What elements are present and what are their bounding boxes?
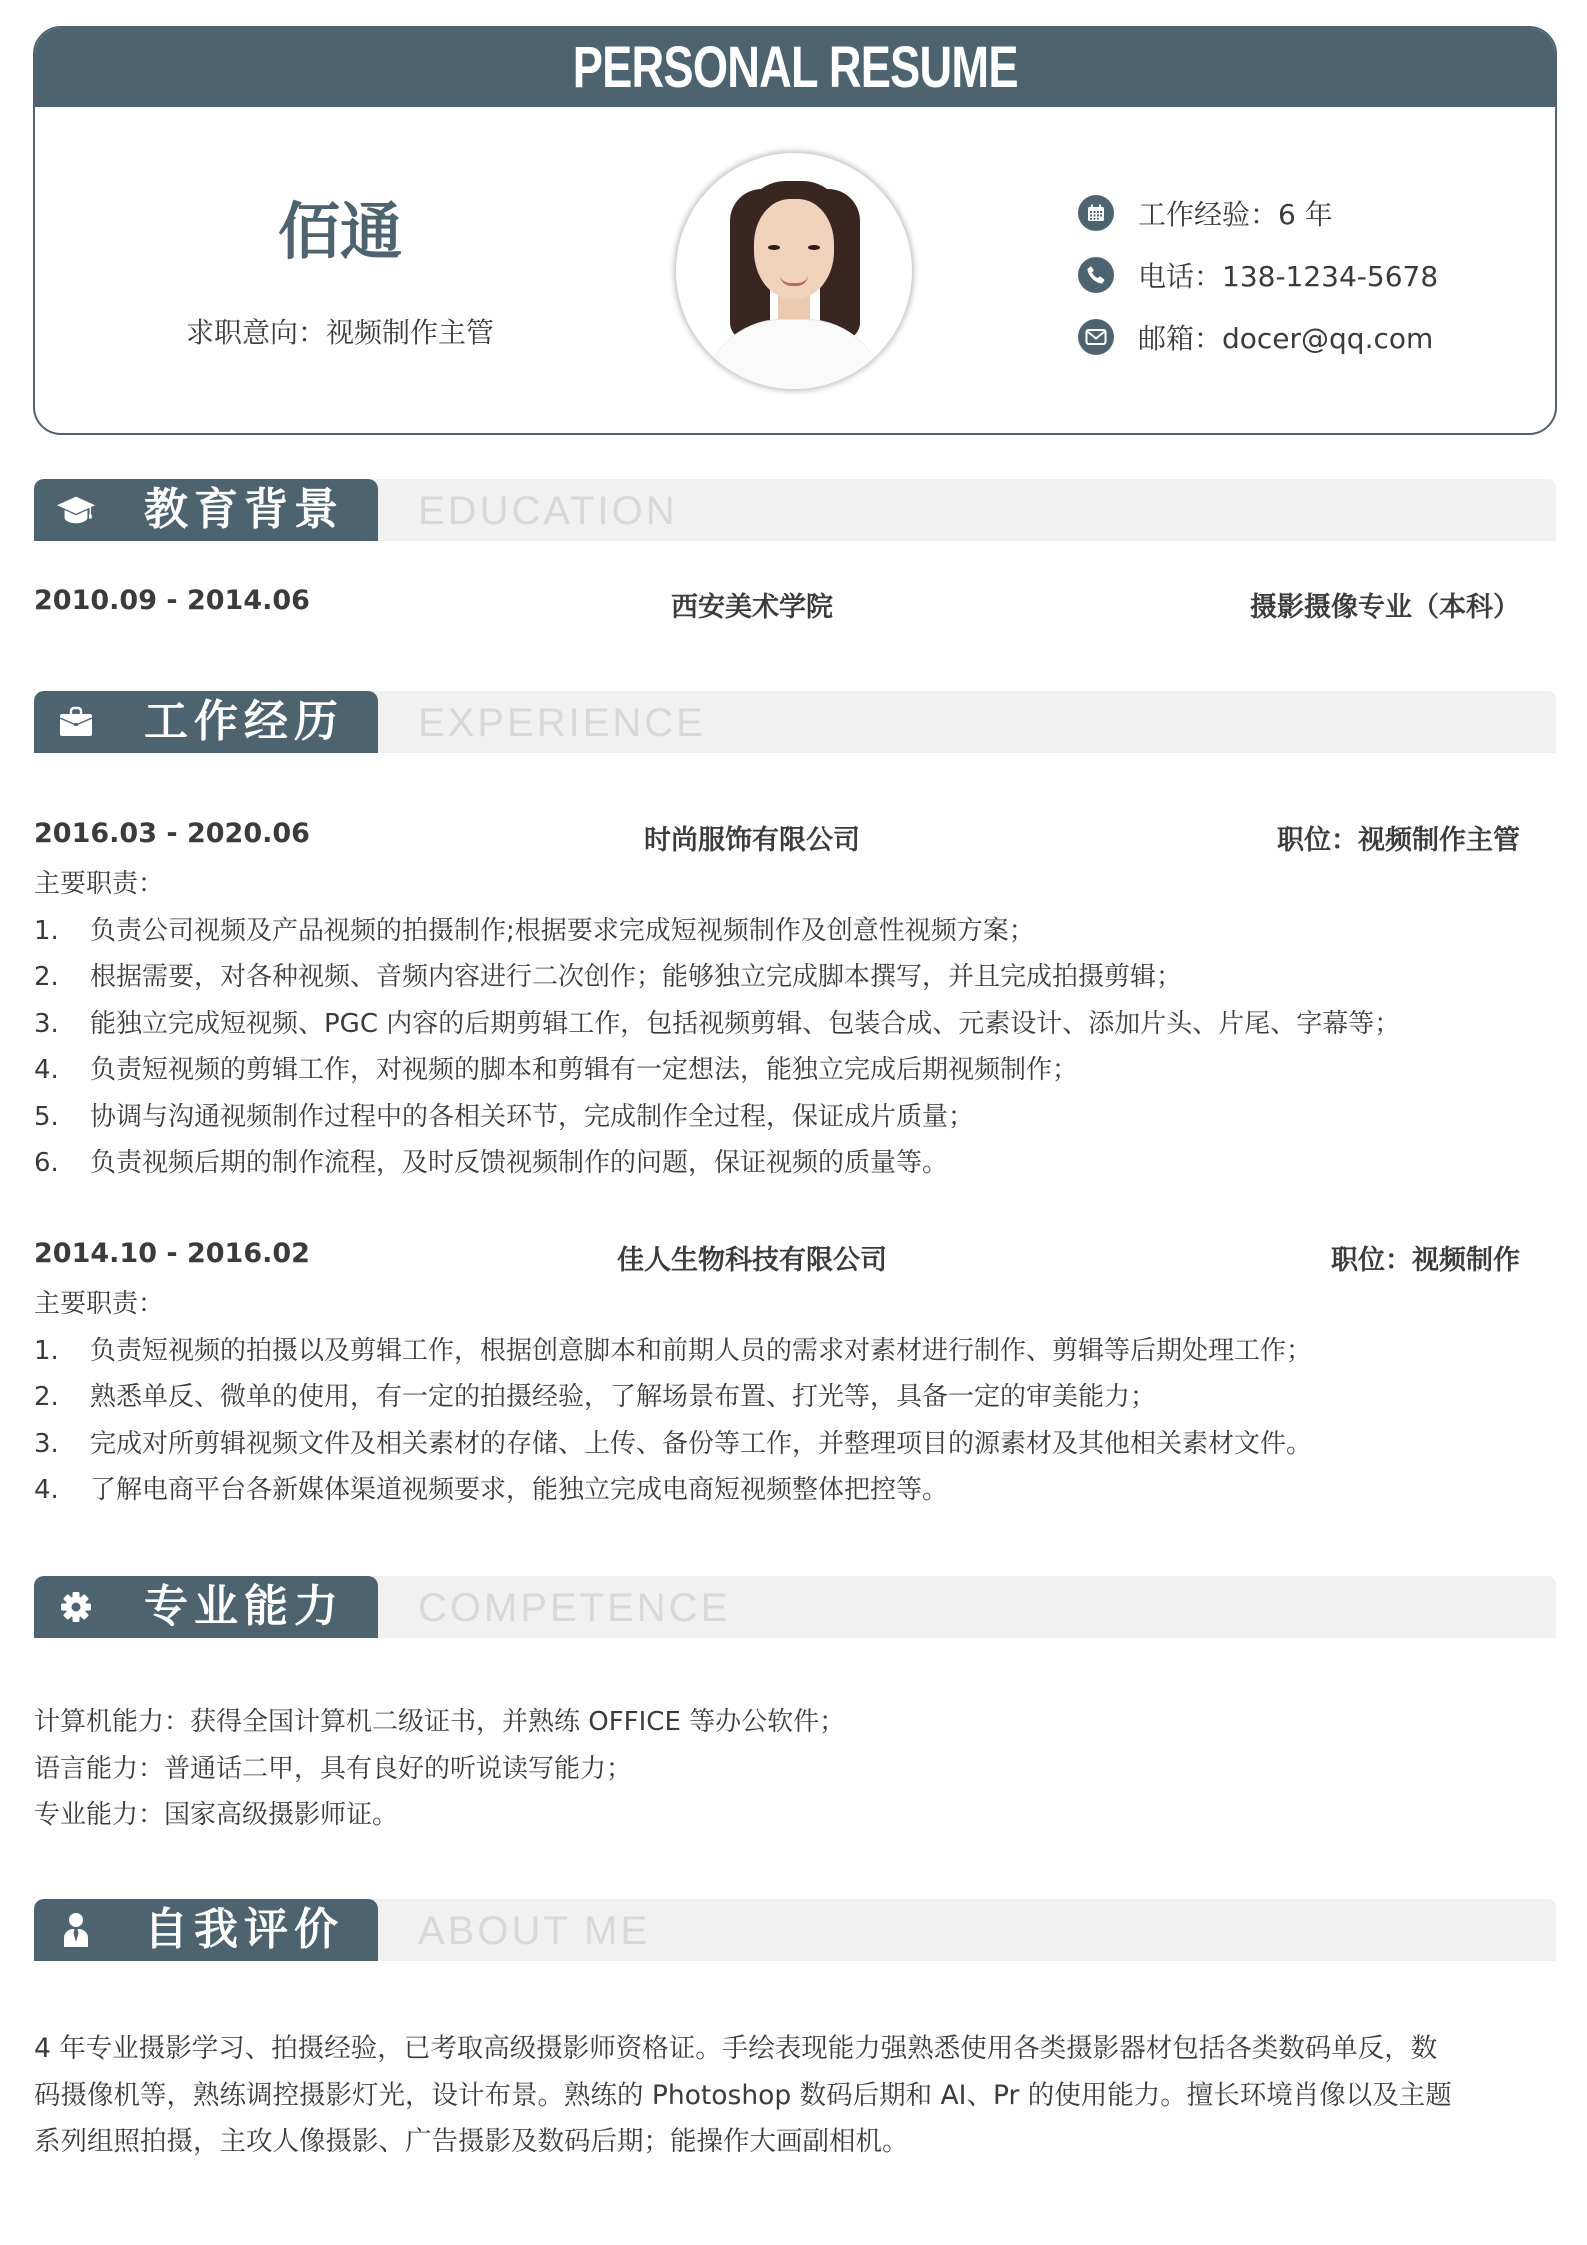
list-item: 1.负责公司视频及产品视频的拍摄制作;根据要求完成短视频制作及创意性视频方案； bbox=[34, 911, 1035, 951]
about-line: 码摄像机等，熟练调控摄影灯光，设计布景。熟练的 Photoshop 数码后期和 … bbox=[34, 2076, 1452, 2116]
section-title-about: 自我评价 bbox=[144, 1905, 344, 1955]
section-tab-competence: 专业能力 bbox=[34, 1576, 378, 1638]
section-header-about: 自我评价 ABOUT ME bbox=[34, 1899, 1556, 1961]
list-num: 6. bbox=[34, 1143, 90, 1183]
list-item: 3.完成对所剪辑视频文件及相关素材的存储、上传、备份等工作，并整理项目的源素材及… bbox=[34, 1424, 1312, 1464]
section-tab-about: 自我评价 bbox=[34, 1899, 378, 1961]
section-title-competence: 专业能力 bbox=[144, 1582, 344, 1632]
section-en-experience: EXPERIENCE bbox=[418, 701, 706, 745]
list-item: 4.了解电商平台各新媒体渠道视频要求，能独立完成电商短视频整体把控等。 bbox=[34, 1470, 948, 1510]
candidate-name: 佰通 bbox=[150, 194, 530, 270]
competence-line: 专业能力：国家高级摄影师证。 bbox=[34, 1795, 398, 1835]
avatar bbox=[676, 153, 912, 389]
education-major: 摄影摄像专业（本科） bbox=[1250, 585, 1520, 624]
briefcase-icon bbox=[56, 704, 96, 740]
list-num: 3. bbox=[34, 1004, 90, 1044]
info-experience-text: 工作经验：6 年 bbox=[1138, 193, 1333, 233]
section-en-about: ABOUT ME bbox=[418, 1909, 650, 1953]
info-email: 邮箱：docer@qq.com bbox=[1078, 317, 1433, 357]
list-text: 完成对所剪辑视频文件及相关素材的存储、上传、备份等工作，并整理项目的源素材及其他… bbox=[90, 1429, 1312, 1459]
graduation-cap-icon bbox=[56, 492, 96, 528]
phone-icon bbox=[1078, 257, 1114, 293]
list-num: 2. bbox=[34, 957, 90, 997]
list-num: 3. bbox=[34, 1424, 90, 1464]
competence-line: 计算机能力：获得全国计算机二级证书，并熟练 OFFICE 等办公软件； bbox=[34, 1702, 845, 1742]
job-company: 佳人生物科技有限公司 bbox=[0, 1238, 1520, 1277]
mail-icon bbox=[1078, 319, 1114, 355]
header-band: PERSONAL RESUME bbox=[35, 28, 1555, 107]
about-line: 4 年专业摄影学习、拍摄经验，已考取高级摄影师资格证。手绘表现能力强熟悉使用各类… bbox=[34, 2029, 1437, 2069]
list-item: 3.能独立完成短视频、PGC 内容的后期剪辑工作，包括视频剪辑、包装合成、元素设… bbox=[34, 1004, 1400, 1044]
list-text: 熟悉单反、微单的使用，有一定的拍摄经验，了解场景布置、打光等，具备一定的审美能力… bbox=[90, 1382, 1156, 1412]
job-position: 职位：视频制作主管 bbox=[1277, 818, 1520, 857]
list-num: 4. bbox=[34, 1050, 90, 1090]
info-phone: 电话：138-1234-5678 bbox=[1078, 255, 1438, 295]
calendar-icon bbox=[1078, 195, 1114, 231]
section-header-experience: 工作经历 EXPERIENCE bbox=[34, 691, 1556, 753]
section-header-competence: 专业能力 COMPETENCE bbox=[34, 1576, 1556, 1638]
info-experience: 工作经验：6 年 bbox=[1078, 193, 1333, 233]
info-phone-text[interactable]: 电话：138-1234-5678 bbox=[1138, 255, 1438, 295]
list-item: 2.根据需要，对各种视频、音频内容进行二次创作；能够独立完成脚本撰写，并且完成拍… bbox=[34, 957, 1182, 997]
list-num: 1. bbox=[34, 1331, 90, 1371]
list-text: 能独立完成短视频、PGC 内容的后期剪辑工作，包括视频剪辑、包装合成、元素设计、… bbox=[90, 1009, 1400, 1039]
list-text: 负责视频后期的制作流程，及时反馈视频制作的问题，保证视频的质量等。 bbox=[90, 1148, 948, 1178]
duties-label: 主要职责： bbox=[34, 864, 164, 904]
section-tab-education: 教育背景 bbox=[34, 479, 378, 541]
resume-title-text: PERSONAL RESUME bbox=[573, 36, 1018, 100]
avatar-eye-left bbox=[768, 245, 780, 250]
list-num: 2. bbox=[34, 1377, 90, 1417]
job-header: 2016.03 - 2020.06 时尚服饰有限公司 职位：视频制作主管 bbox=[34, 818, 1520, 858]
list-text: 根据需要，对各种视频、音频内容进行二次创作；能够独立完成脚本撰写，并且完成拍摄剪… bbox=[90, 962, 1182, 992]
section-title-experience: 工作经历 bbox=[144, 697, 344, 747]
avatar-image bbox=[682, 159, 906, 383]
gear-icon bbox=[56, 1589, 96, 1625]
resume-title: PERSONAL RESUME bbox=[35, 36, 1555, 100]
competence-line: 语言能力：普通话二甲，具有良好的听说读写能力； bbox=[34, 1749, 632, 1789]
list-item: 4.负责短视频的剪辑工作，对视频的脚本和剪辑有一定想法，能独立完成后期视频制作； bbox=[34, 1050, 1078, 1090]
list-item: 6.负责视频后期的制作流程，及时反馈视频制作的问题，保证视频的质量等。 bbox=[34, 1143, 948, 1183]
person-icon bbox=[56, 1912, 96, 1948]
list-item: 1.负责短视频的拍摄以及剪辑工作，根据创意脚本和前期人员的需求对素材进行制作、剪… bbox=[34, 1331, 1312, 1371]
job-intent: 求职意向：视频制作主管 bbox=[110, 313, 570, 353]
list-item: 5.协调与沟通视频制作过程中的各相关环节，完成制作全过程，保证成片质量； bbox=[34, 1097, 974, 1137]
job-position: 职位：视频制作 bbox=[1331, 1238, 1520, 1277]
list-text: 负责短视频的剪辑工作，对视频的脚本和剪辑有一定想法，能独立完成后期视频制作； bbox=[90, 1055, 1078, 1085]
list-text: 负责公司视频及产品视频的拍摄制作;根据要求完成短视频制作及创意性视频方案； bbox=[90, 916, 1035, 946]
info-email-text[interactable]: 邮箱：docer@qq.com bbox=[1138, 317, 1433, 357]
job-header: 2014.10 - 2016.02 佳人生物科技有限公司 职位：视频制作 bbox=[34, 1238, 1520, 1278]
section-title-education: 教育背景 bbox=[144, 485, 344, 535]
list-num: 1. bbox=[34, 911, 90, 951]
section-en-education: EDUCATION bbox=[418, 489, 678, 533]
list-num: 4. bbox=[34, 1470, 90, 1510]
list-text: 协调与沟通视频制作过程中的各相关环节，完成制作全过程，保证成片质量； bbox=[90, 1102, 974, 1132]
list-item: 2.熟悉单反、微单的使用，有一定的拍摄经验，了解场景布置、打光等，具备一定的审美… bbox=[34, 1377, 1156, 1417]
section-tab-experience: 工作经历 bbox=[34, 691, 378, 753]
education-entry: 2010.09 - 2014.06 西安美术学院 摄影摄像专业（本科） bbox=[34, 585, 1520, 625]
duties-label: 主要职责： bbox=[34, 1284, 164, 1324]
list-num: 5. bbox=[34, 1097, 90, 1137]
section-en-competence: COMPETENCE bbox=[418, 1586, 730, 1630]
avatar-eye-right bbox=[808, 245, 820, 250]
list-text: 负责短视频的拍摄以及剪辑工作，根据创意脚本和前期人员的需求对素材进行制作、剪辑等… bbox=[90, 1336, 1312, 1366]
list-text: 了解电商平台各新媒体渠道视频要求，能独立完成电商短视频整体把控等。 bbox=[90, 1475, 948, 1505]
about-line: 系列组照拍摄，主攻人像摄影、广告摄影及数码后期；能操作大画副相机。 bbox=[34, 2122, 909, 2162]
section-header-education: 教育背景 EDUCATION bbox=[34, 479, 1556, 541]
